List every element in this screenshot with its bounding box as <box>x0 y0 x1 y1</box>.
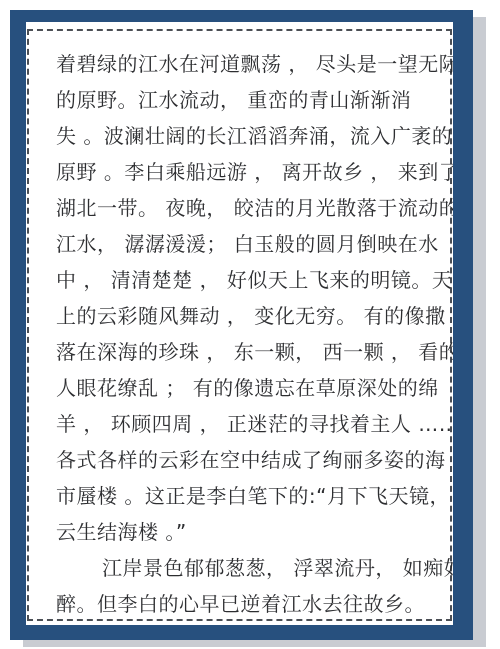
text-line: 着碧绿的江水在河道飘荡 ， 尽头是一望无际 <box>56 46 453 82</box>
text-line: 各式各样的云彩在空中结成了绚丽多姿的海 <box>56 442 453 478</box>
essay-text-block: 着碧绿的江水在河道飘荡 ， 尽头是一望无际 的原野。江水流动， 重峦的青山渐渐消… <box>56 46 453 622</box>
text-line: 人眼花缭乱 ； 有的像遗忘在草原深处的绵 <box>56 370 453 406</box>
text-line: 落在深海的珍珠 ， 东一颗， 西一颗 ， 看的 <box>56 334 453 370</box>
text-line: 羊 ， 环顾四周 ， 正迷茫的寻找着主人 …… <box>56 406 453 442</box>
text-line: 市蜃楼 。这正是李白笔下的:“月下飞天镜， <box>56 478 453 514</box>
text-line: 湖北一带。 夜晚， 皎洁的月光散落于流动的 <box>56 190 453 226</box>
text-line: 原野 。李白乘船远游 ， 离开故乡 ， 来到了 <box>56 154 453 190</box>
text-line: 的原野。江水流动， 重峦的青山渐渐消 <box>56 82 453 118</box>
page-canvas: 着碧绿的江水在河道飘荡 ， 尽头是一望无际 的原野。江水流动， 重峦的青山渐渐消… <box>0 0 500 649</box>
text-line: 失 。波澜壮阔的长江滔滔奔涌，流入广袤的 <box>56 118 453 154</box>
text-line: 中 ， 清清楚楚 ， 好似天上飞来的明镜。天 <box>56 262 453 298</box>
text-line: 醉。但李白的心早已逆着江水去往故乡。 <box>56 586 453 622</box>
document-frame: 着碧绿的江水在河道飘荡 ， 尽头是一望无际 的原野。江水流动， 重峦的青山渐渐消… <box>10 10 473 640</box>
text-line: 江水， 潺潺湲湲； 白玉般的圆月倒映在水 <box>56 226 453 262</box>
text-line-paragraph-start: 江岸景色郁郁葱葱， 浮翠流丹， 如痴如 <box>56 550 453 586</box>
text-line: 云生结海楼 。” <box>56 514 453 550</box>
text-line: 上的云彩随风舞动 ， 变化无穷。 有的像撒 <box>56 298 453 334</box>
